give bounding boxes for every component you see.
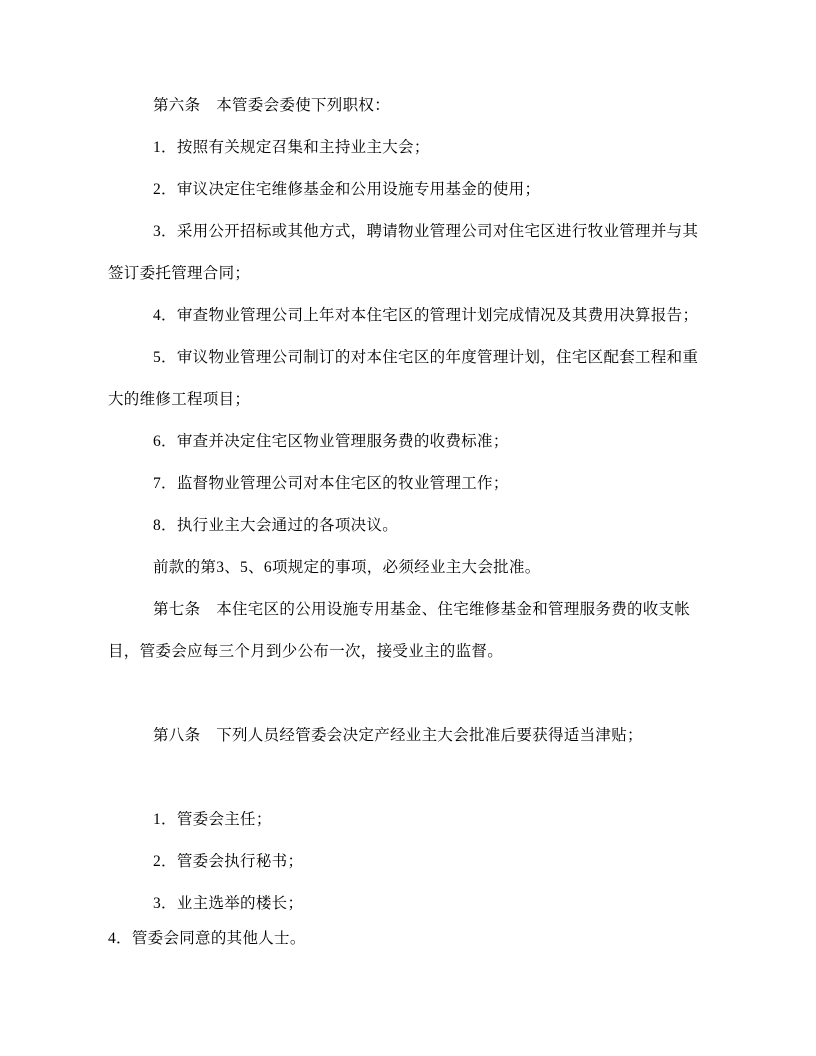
document-blank-line <box>108 757 708 799</box>
document-line: 6．审查并决定住宅区物业管理服务费的收费标准； <box>108 421 708 463</box>
document-line: 7．监督物业管理公司对本住宅区的牧业管理工作； <box>108 463 708 505</box>
document-page: 第六条 本管委会委使下列职权： 1．按照有关规定召集和主持业主大会； 2．审议决… <box>0 0 816 1056</box>
document-line: 3．采用公开招标或其他方式，聘请物业管理公司对住宅区进行牧业管理并与其 <box>108 211 708 253</box>
document-line: 大的维修工程项目； <box>108 379 708 421</box>
document-line: 目，管委会应每三个月到少公布一次，接受业主的监督。 <box>108 631 708 673</box>
document-line: 2．审议决定住宅维修基金和公用设施专用基金的使用； <box>108 169 708 211</box>
document-line: 4．管委会同意的其他人士。 <box>108 918 708 960</box>
document-blank-line <box>108 673 708 715</box>
document-line: 8．执行业主大会通过的各项决议。 <box>108 505 708 547</box>
document-line: 4．审查物业管理公司上年对本住宅区的管理计划完成情况及其费用决算报告； <box>108 295 708 337</box>
document-text-block: 第六条 本管委会委使下列职权： 1．按照有关规定召集和主持业主大会； 2．审议决… <box>108 85 708 960</box>
document-line: 第六条 本管委会委使下列职权： <box>108 85 708 127</box>
document-line: 第七条 本住宅区的公用设施专用基金、住宅维修基金和管理服务费的收支帐 <box>108 589 708 631</box>
document-line: 签订委托管理合同； <box>108 253 708 295</box>
document-line: 前款的第3、5、6项规定的事项，必须经业主大会批准。 <box>108 547 708 589</box>
document-line: 第八条 下列人员经管委会决定产经业主大会批准后要获得适当津贴； <box>108 715 708 757</box>
document-line: 2．管委会执行秘书； <box>108 841 708 883</box>
document-line: 5．审议物业管理公司制订的对本住宅区的年度管理计划，住宅区配套工程和重 <box>108 337 708 379</box>
document-line: 1．管委会主任； <box>108 799 708 841</box>
document-line: 1．按照有关规定召集和主持业主大会； <box>108 127 708 169</box>
